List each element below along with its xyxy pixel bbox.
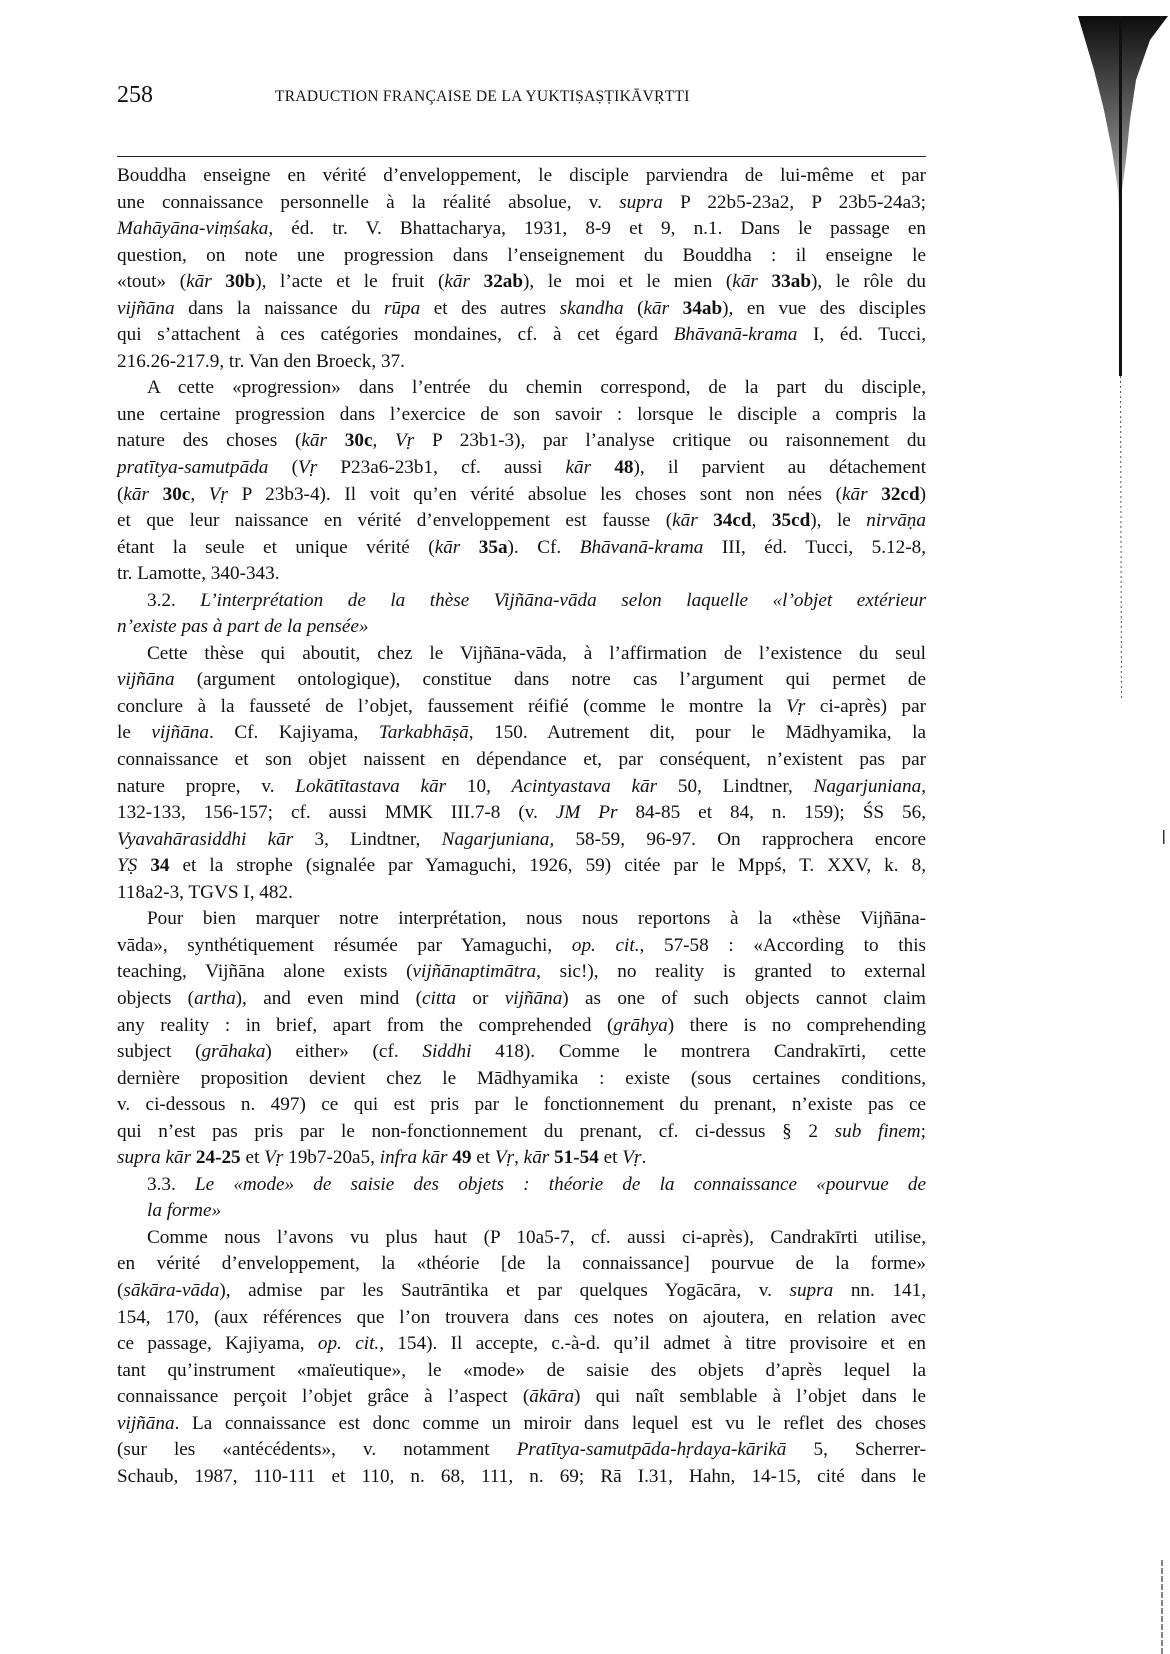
text-line: nature propre, v. Lokātītastava kār 10, … [117, 774, 926, 801]
text-line: A cette «progression» dans l’entrée du c… [117, 375, 926, 402]
text-line: question, on note une progression dans l… [117, 243, 926, 270]
text-line: teaching, Vijñāna alone exists (vijñānap… [117, 959, 926, 986]
text-line: vāda», synthétiquement résumée par Yamag… [117, 933, 926, 960]
page-number: 258 [117, 82, 153, 109]
text-line: «tout» (kār 30b), l’acte et le fruit (kā… [117, 269, 926, 296]
text-line: connaissance et son objet naissent en dé… [117, 747, 926, 774]
text-line: v. ci-dessous n. 497) ce qui est pris pa… [117, 1092, 926, 1119]
text-line: n’existe pas à part de la pensée» [117, 614, 926, 641]
text-line: la forme» [117, 1198, 926, 1225]
text-line: (kār 30c, Vṛ P 23b3-4). Il voit qu’en vé… [117, 482, 926, 509]
text-line: une certaine progression dans l’exercice… [117, 402, 926, 429]
text-line: Vyavahārasiddhi kār 3, Lindtner, Nagarju… [117, 827, 926, 854]
text-line: une connaissance personnelle à la réalit… [117, 190, 926, 217]
text-line: (sur les «antécédents», v. notamment Pra… [117, 1437, 926, 1464]
header-rule [117, 156, 926, 157]
text-line: nature des choses (kār 30c, Vṛ P 23b1-3)… [117, 428, 926, 455]
text-line: any reality : in brief, apart from the c… [117, 1013, 926, 1040]
running-title: TRADUCTION FRANÇAISE DE LA YUKTIṢAṢṬIKĀV… [275, 88, 690, 106]
text-line: YṢ 34 et la strophe (signalée par Yamagu… [117, 853, 926, 880]
text-line: qui s’attachent à ces catégories mondain… [117, 322, 926, 349]
text-line: pratītya-samutpāda (Vṛ P23a6-23b1, cf. a… [117, 455, 926, 482]
body-text: Bouddha enseigne en vérité d’enveloppeme… [117, 163, 926, 1490]
page-header: 258 TRADUCTION FRANÇAISE DE LA YUKTIṢAṢṬ… [117, 82, 927, 112]
text-line: supra kār 24-25 et Vṛ 19b7-20a5, infra k… [117, 1145, 926, 1172]
text-line: vijñāna dans la naissance du rūpa et des… [117, 296, 926, 323]
text-line: (sākāra-vāda), admise par les Sautrāntik… [117, 1278, 926, 1305]
text-line: conclure à la fausseté de l’objet, fauss… [117, 694, 926, 721]
text-line: tant qu’instrument «maïeutique», le «mod… [117, 1358, 926, 1385]
text-line: étant la seule et unique vérité (kār 35a… [117, 535, 926, 562]
text-line: 118a2-3, TGVS I, 482. [117, 880, 926, 907]
text-line: ce passage, Kajiyama, op. cit., 154). Il… [117, 1331, 926, 1358]
text-line: objects (artha), and even mind (citta or… [117, 986, 926, 1013]
text-line: 216.26-217.9, tr. Van den Broeck, 37. [117, 349, 926, 376]
text-line: le vijñāna. Cf. Kajiyama, Tarkabhāṣā, 15… [117, 720, 926, 747]
text-line: connaissance perçoit l’objet grâce à l’a… [117, 1384, 926, 1411]
text-line: tr. Lamotte, 340-343. [117, 561, 926, 588]
text-line: 3.2. L’interprétation de la thèse Vijñān… [117, 588, 926, 615]
text-line: Comme nous l’avons vu plus haut (P 10a5-… [117, 1225, 926, 1252]
text-line: qui n’est pas pris par le non-fonctionne… [117, 1119, 926, 1146]
text-line: 3.3. Le «mode» de saisie des objets : th… [117, 1172, 926, 1199]
text-line: dernière proposition devient chez le Mād… [117, 1066, 926, 1093]
scan-edge-shadow [1050, 0, 1170, 1654]
text-line: vijñāna. La connaissance est donc comme … [117, 1411, 926, 1438]
text-line: 154, 170, (aux références que l’on trouv… [117, 1305, 926, 1332]
text-line: Schaub, 1987, 110-111 et 110, n. 68, 111… [117, 1464, 926, 1491]
text-line: Cette thèse qui aboutit, chez le Vijñāna… [117, 641, 926, 668]
text-line: Pour bien marquer notre interprétation, … [117, 906, 926, 933]
text-line: 132-133, 156-157; cf. aussi MMK III.7-8 … [117, 800, 926, 827]
text-line: subject (grāhaka) either» (cf. Siddhi 41… [117, 1039, 926, 1066]
text-line: en vérité d’enveloppement, la «théorie [… [117, 1251, 926, 1278]
text-line: et que leur naissance en vérité d’envelo… [117, 508, 926, 535]
text-line: vijñāna (argument ontologique), constitu… [117, 667, 926, 694]
text-line: Bouddha enseigne en vérité d’enveloppeme… [117, 163, 926, 190]
text-line: Mahāyāna-viṃśaka, éd. tr. V. Bhattachary… [117, 216, 926, 243]
